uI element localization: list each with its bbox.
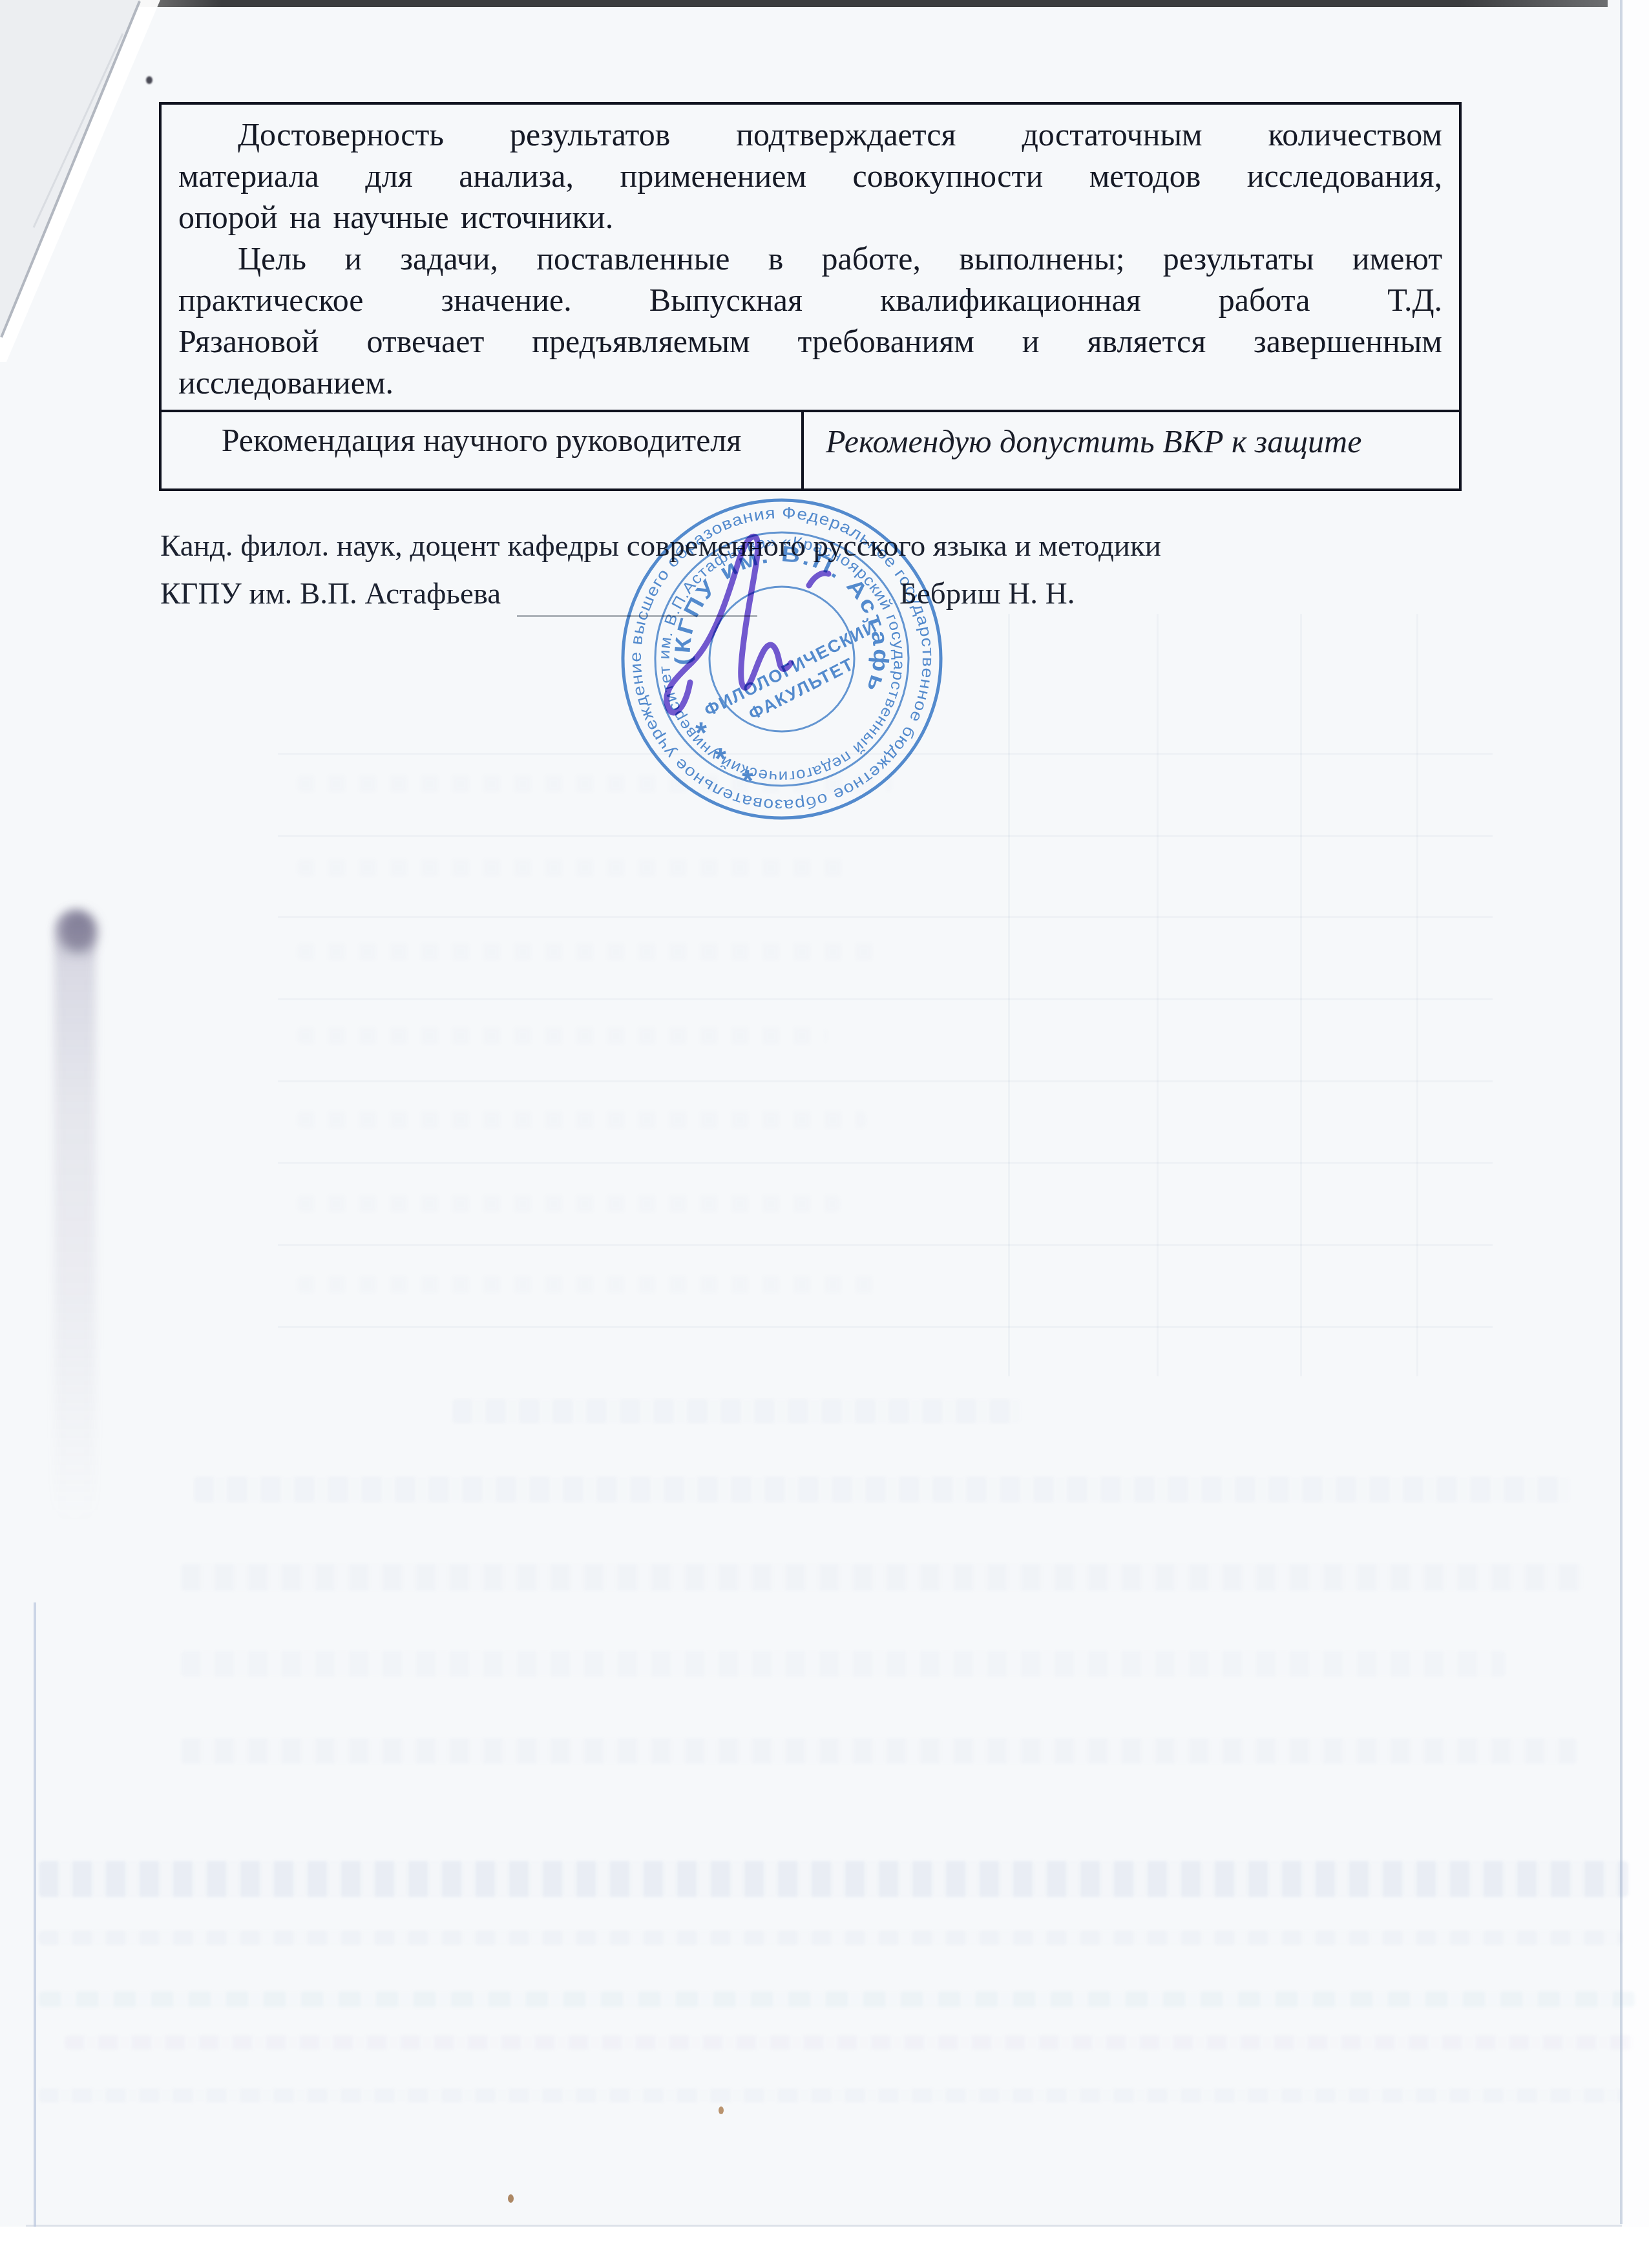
scanned-review-page: Достоверность результатов подтверждается… [0, 0, 1649, 2268]
review-paragraph-1-line: опорой на научные источники. [178, 196, 1442, 238]
review-paragraph-2-line: исследованием. [178, 362, 1442, 403]
page-right-edge [1620, 0, 1623, 2224]
paper-speck [719, 2106, 724, 2114]
review-paragraph-2-line: Цель и задачи, поставленные в работе, вы… [178, 238, 1442, 279]
svg-text:*: * [715, 742, 726, 775]
ink-speck [146, 76, 152, 84]
scanner-background-bottom [0, 2227, 1649, 2268]
review-text-cell: Достоверность результатов подтверждается… [162, 105, 1459, 410]
scanner-top-edge-shadow [133, 0, 1608, 7]
handwritten-signature [653, 509, 872, 742]
pencil-smudge [54, 910, 96, 1524]
recommendation-label: Рекомендация научного руководителя [162, 412, 804, 488]
page-left-edge [34, 1602, 36, 2227]
review-paragraph-1-line: Достоверность результатов подтверждается… [178, 114, 1442, 155]
review-conclusion-table: Достоверность результатов подтверждается… [159, 102, 1462, 491]
review-paragraph-2-line: практическое значение. Выпускная квалифи… [178, 279, 1442, 320]
svg-text:*: * [742, 764, 753, 797]
paper-speck [508, 2194, 514, 2203]
scanner-background-right [1623, 0, 1649, 2268]
pencil-smudge-blob [59, 911, 97, 952]
signer-university-line: КГПУ им. В.П. Астафьева [160, 576, 501, 611]
page-bottom-edge [26, 2225, 1622, 2227]
recommendation-value: Рекомендую допустить ВКР к защите [804, 412, 1459, 488]
review-paragraph-1-line: материала для анализа, применением совок… [178, 155, 1442, 196]
review-paragraph-2-line: Рязановой отвечает предъявляемым требова… [178, 320, 1442, 362]
recommendation-row: Рекомендация научного руководителя Реком… [162, 410, 1459, 488]
